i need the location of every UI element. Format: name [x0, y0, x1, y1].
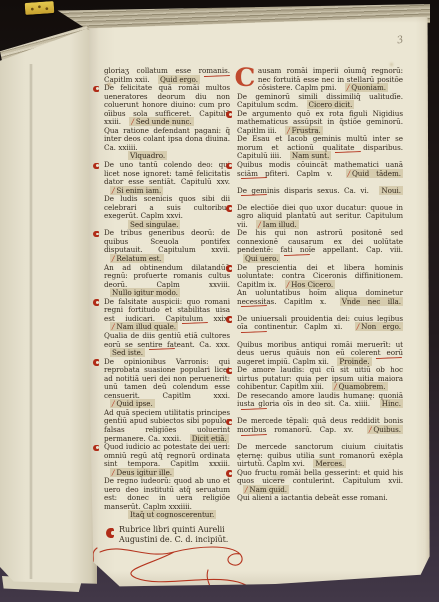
- chapter-entry: De felicitate quā romāi multos uenerator…: [104, 84, 230, 127]
- chapter-entry: Quo fructu romāi bella gesserint: et qui…: [237, 469, 403, 495]
- chapter-title-text: Qualia de diis gentiū etiā cultores eorū…: [104, 331, 230, 349]
- rubric-tail-stroke: [182, 322, 208, 328]
- foxing-spot: [107, 83, 111, 86]
- chapter-title-text: De his qui non astrorū positonē sed conn…: [237, 228, 403, 254]
- chapter-entry: Ad quā speciem utilitatis principes gent…: [104, 409, 230, 443]
- chapter-entry: De ludis scenicis quos sibi dii celebrar…: [104, 195, 230, 229]
- chapter-entry: De tribus generibus deorū: de quibus Sce…: [104, 229, 230, 263]
- paragraph-mark-icon: [226, 205, 232, 212]
- paragraph-mark-icon: [93, 86, 99, 93]
- chapter-entry: Quibus moribus antiqui romāi meruerīt: u…: [237, 341, 403, 367]
- chapter-entry: De falsitate auspicii: quo romani regni …: [104, 298, 230, 332]
- rubric-block: Rubrice libri quinti Aurelii Augustini d…: [104, 525, 230, 544]
- show-through-mark: [271, 471, 289, 480]
- rubric-tail-stroke: [241, 305, 267, 311]
- paragraph-mark-icon: [226, 265, 232, 272]
- chapter-incipit: Hinc.: [380, 399, 403, 408]
- chapter-entry: gloriaʒ collatum esse romanis. Capitlm x…: [104, 67, 230, 84]
- chapter-entry: Quibus modis cōuincāt mathematici uanā s…: [237, 161, 403, 187]
- chapter-entry: Quod iudicio ac potestate dei ueri: omni…: [104, 443, 230, 477]
- folio-number: 3: [396, 35, 404, 47]
- chapter-list-right: Causam romāi imperii oīumq̄ regnorū: nec…: [237, 67, 403, 503]
- rubric-tail-stroke: [376, 357, 402, 363]
- paragraph-mark-icon: [226, 316, 232, 323]
- chapter-entry: Causam romāi imperii oīumq̄ regnorū: nec…: [237, 67, 403, 93]
- paragraph-mark-icon: [93, 163, 99, 170]
- paragraph-mark-icon: [93, 299, 99, 306]
- incunabulum-photograph: 3 gloriaʒ collatum esse romanis. Capitlm…: [0, 0, 439, 602]
- paragraph-mark-icon: [226, 163, 232, 170]
- chapter-entry: De regno iudeorū: quod ab uno et uero de…: [104, 477, 230, 520]
- paragraph-mark-icon: [93, 445, 99, 452]
- chapter-title-text: De resecando amore laudis humanę: quoniā…: [237, 391, 403, 409]
- paragraph-mark-icon: [226, 111, 232, 118]
- chapter-list-left: gloriaʒ collatum esse romanis. Capitlm x…: [104, 67, 230, 520]
- left-text-column: gloriaʒ collatum esse romanis. Capitlm x…: [104, 67, 230, 544]
- rubric-tail-stroke: [149, 348, 175, 354]
- chapter-incipit: Vnde nec illa.: [340, 297, 403, 306]
- chapter-title-text: Qui alieni a iactantia debeāt esse roman…: [237, 493, 388, 502]
- chapter-entry: De mercede sanctorum ciuium ciuitatis ęt…: [237, 443, 403, 469]
- chapter-entry: De opinionibus Varronis: qui reprobata s…: [104, 358, 230, 409]
- paragraph-mark-icon: [226, 368, 232, 375]
- paragraph-mark-icon: [226, 470, 232, 477]
- chapter-incipit: Quid tādem.: [346, 169, 403, 178]
- paragraph-mark-icon: [93, 231, 99, 238]
- chapter-entry: De geminorū simili dissimiliq̄ ualitudīe…: [237, 93, 403, 110]
- chapter-entry: An ad obtinendum dilatandūq̄ regnū: prof…: [104, 264, 230, 298]
- rubric-tail-stroke: [241, 177, 267, 183]
- rubric-tail-stroke: [335, 152, 361, 158]
- chapter-title-text: Quo fructu romāi bella gesserint: et qui…: [237, 468, 403, 486]
- rubric-line-1: Rubrice libri quinti Aurelii: [119, 525, 230, 535]
- drop-cap-initial: C: [235, 67, 256, 88]
- rubric-flourish-penwork: [88, 544, 266, 600]
- chapter-incipit: Quibus.: [367, 425, 403, 434]
- rubric-line-2: Augustini de. C. d. incipiūt.: [119, 535, 230, 545]
- facing-page-blank: [0, 26, 97, 586]
- chapter-entry: De uno tantū colendo deo: qui licet nose…: [104, 161, 230, 195]
- printed-page: 3 gloriaʒ collatum esse romanis. Capitlm…: [85, 11, 431, 591]
- chapter-entry: De argumento quō ex rota figuli Nigidius…: [237, 110, 403, 136]
- chapter-title-text: De opinionibus Varronis: qui reprobata s…: [104, 357, 230, 400]
- chapter-title-text: De ludis scenicis quos sibi dii celebrar…: [104, 194, 230, 220]
- page-fold-line: [29, 64, 33, 579]
- chapter-title-text: Quod iudicio ac potestate dei ueri: omni…: [104, 442, 230, 468]
- chapter-entry: De geminis disparis sexus. Ca. vi. Noui.: [237, 187, 403, 204]
- chapter-entry: De his qui non astrorū positonē sed conn…: [237, 229, 403, 263]
- chapter-entry: Qui alieni a iactantia debeāt esse roman…: [237, 494, 403, 503]
- paragraph-mark-icon: [93, 359, 99, 366]
- chapter-entry: De prescientia dei et libera hominis uol…: [237, 264, 403, 290]
- chapter-entry: De Esau et Iacob geminis multū inter se …: [237, 135, 403, 161]
- rubric-tail-stroke: [284, 254, 310, 260]
- chapter-title-text: De uno tantū colendo deo: qui licet nose…: [104, 160, 230, 186]
- bookmark-tab: [25, 1, 55, 15]
- chapter-title-text: De geminis disparis sexus. Ca. vi.: [237, 186, 373, 195]
- rubric-tail-stroke: [241, 194, 267, 200]
- chapter-entry: Qua ratione defendant pagani: q̄ inter d…: [104, 127, 230, 161]
- rubric-tail-stroke: [204, 75, 230, 81]
- chapter-incipit: Noui.: [379, 186, 403, 195]
- chapter-incipit: Non ergo.: [355, 322, 403, 331]
- chapter-entry: Qualia de diis gentiū etiā cultores eorū…: [104, 332, 230, 358]
- rubric-tail-stroke: [241, 408, 267, 414]
- chapter-title-text: An ad obtinendum dilatandūq̄ regnū: prof…: [104, 263, 230, 289]
- chapter-entry: An uoluntatibus hoīm aliqua dominetur ne…: [237, 289, 403, 315]
- chapter-title-text: De falsitate auspicii: quo romani regni …: [104, 297, 230, 323]
- rubric-tail-stroke: [241, 331, 267, 337]
- chapter-entry: De uniuersali prouidentia dei: cuius leg…: [237, 315, 403, 341]
- paragraph-mark-icon: [106, 528, 114, 538]
- chapter-entry: De electiōe diei quo uxor ducatur: quoue…: [237, 204, 403, 230]
- chapter-title-text: De regno iudeorū: quod ab uno et uero de…: [104, 476, 230, 511]
- chapter-incipit: Itaq̄ ut cognoscerentur.: [128, 510, 216, 519]
- chapter-title-text: Qua ratione defendant pagani: q̄ inter d…: [104, 126, 230, 152]
- rubric-tail-stroke: [241, 434, 267, 440]
- chapter-entry: De mercede tēpali: quā deus reddidit bon…: [237, 417, 403, 443]
- chapter-entry: De amore laudis: qui cū sit uitiū ob hoc…: [237, 366, 403, 392]
- chapter-title-text: De tribus generibus deorū: de quibus Sce…: [104, 228, 230, 254]
- foxing-spot: [390, 63, 393, 66]
- right-text-column: Causam romāi imperii oīumq̄ regnorū: nec…: [237, 67, 403, 503]
- chapter-entry: De resecando amore laudis humanę: quoniā…: [237, 392, 403, 418]
- paragraph-mark-icon: [226, 419, 232, 426]
